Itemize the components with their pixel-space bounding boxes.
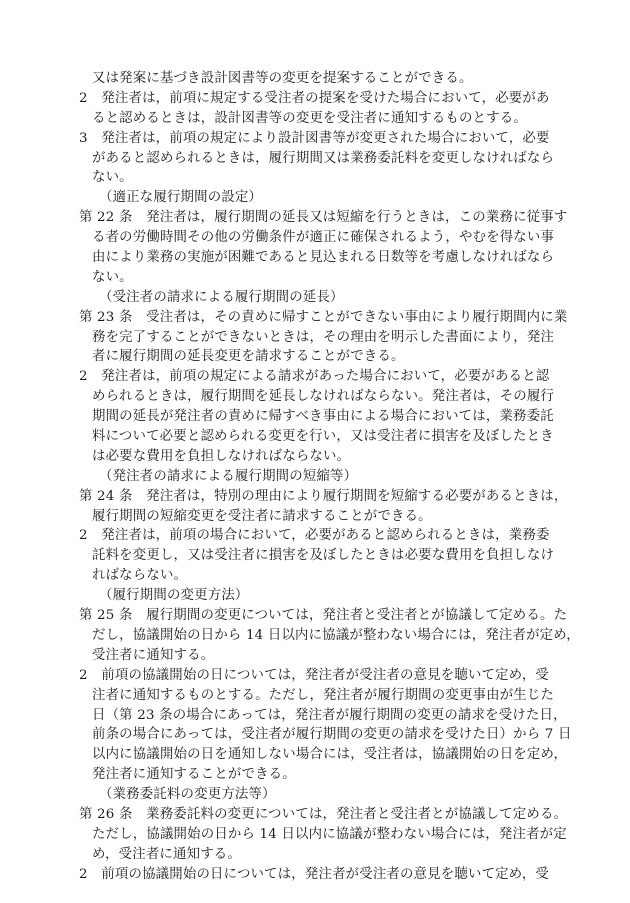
text-line: （業務委託料の変更方法等） [79, 785, 553, 805]
text-line: 期間の延長が発注者の責めに帰すべき事由による場合においては，業務委託 [79, 407, 553, 427]
text-line: 第 25 条 履行期間の変更については，発注者と受注者とが協議して定める。た [79, 606, 553, 626]
text-line: があると認められるときは，履行期間又は業務委託料を変更しなければなら [79, 149, 553, 169]
text-line: だし，協議開始の日から 14 日以内に協議が整わない場合には，発注者が定め， [79, 626, 553, 646]
text-line: 発注者に通知することができる。 [79, 765, 553, 785]
text-line: 第 23 条 受注者は，その責めに帰すことができない事由により履行期間内に業 [79, 308, 553, 328]
text-line: （履行期間の変更方法） [79, 586, 553, 606]
text-line: ればならない。 [79, 566, 553, 586]
text-line: ない。 [79, 268, 553, 288]
text-line: 2 発注者は，前項の場合において，必要があると認められるときは，業務委 [79, 526, 553, 546]
text-line: 由により業務の実施が困難であると見込まれる日数等を考慮しなければなら [79, 248, 553, 268]
text-line: 者に履行期間の延長変更を請求することができる。 [79, 347, 553, 367]
text-line: 2 発注者は，前項に規定する受注者の提案を受けた場合において，必要があ [79, 89, 553, 109]
text-line: ない。 [79, 168, 553, 188]
text-line: 料について必要と認められる変更を行い，又は受注者に損害を及ぼしたとき [79, 427, 553, 447]
text-line: 前条の場合にあっては，受注者が履行期間の変更の請求を受けた日）から 7 日 [79, 725, 553, 745]
document-body: 又は発案に基づき設計図書等の変更を提案することができる。2 発注者は，前項に規定… [79, 69, 553, 885]
text-line: 2 前項の協議開始の日については，発注者が受注者の意見を聴いて定め，受 [79, 865, 553, 885]
text-line: 以内に協議開始の日を通知しない場合には，受注者は，協議開始の日を定め， [79, 745, 553, 765]
text-line: （受注者の請求による履行期間の延長） [79, 288, 553, 308]
text-line: ただし，協議開始の日から 14 日以内に協議が整わない場合には，発注者が定 [79, 825, 553, 845]
text-line: 注者に通知するものとする。ただし，発注者が履行期間の変更事由が生じた [79, 686, 553, 706]
document-page: 又は発案に基づき設計図書等の変更を提案することができる。2 発注者は，前項に規定… [0, 0, 630, 903]
text-line: 2 前項の協議開始の日については，発注者が受注者の意見を聴いて定め，受 [79, 666, 553, 686]
text-line: 受注者に通知する。 [79, 646, 553, 666]
text-line: （適正な履行期間の設定） [79, 188, 553, 208]
text-line: 務を完了することができないときは，その理由を明示した書面により，発注 [79, 328, 553, 348]
text-line: （発注者の請求による履行期間の短縮等） [79, 467, 553, 487]
text-line: められるときは，履行期間を延長しなければならない。発注者は，その履行 [79, 387, 553, 407]
text-line: 第 26 条 業務委託料の変更については，発注者と受注者とが協議して定める。 [79, 805, 553, 825]
text-line: 託料を変更し，又は受注者に損害を及ぼしたときは必要な費用を負担しなけ [79, 546, 553, 566]
text-line: 第 22 条 発注者は，履行期間の延長又は短縮を行うときは，この業務に従事す [79, 208, 553, 228]
text-line: 履行期間の短縮変更を受注者に請求することができる。 [79, 507, 553, 527]
text-line: 第 24 条 発注者は，特別の理由により履行期間を短縮する必要があるときは， [79, 487, 553, 507]
text-line: る者の労働時間その他の労働条件が適正に確保されるよう，やむを得ない事 [79, 228, 553, 248]
text-line: ると認めるときは，設計図書等の変更を受注者に通知するものとする。 [79, 109, 553, 129]
text-line: は必要な費用を負担しなければならない。 [79, 447, 553, 467]
text-line: め，受注者に通知する。 [79, 845, 553, 865]
text-line: 3 発注者は，前項の規定により設計図書等が変更された場合において，必要 [79, 129, 553, 149]
text-line: 又は発案に基づき設計図書等の変更を提案することができる。 [79, 69, 553, 89]
text-line: 2 発注者は，前項の規定による請求があった場合において，必要があると認 [79, 367, 553, 387]
text-line: 日（第 23 条の場合にあっては，発注者が履行期間の変更の請求を受けた日， [79, 706, 553, 726]
